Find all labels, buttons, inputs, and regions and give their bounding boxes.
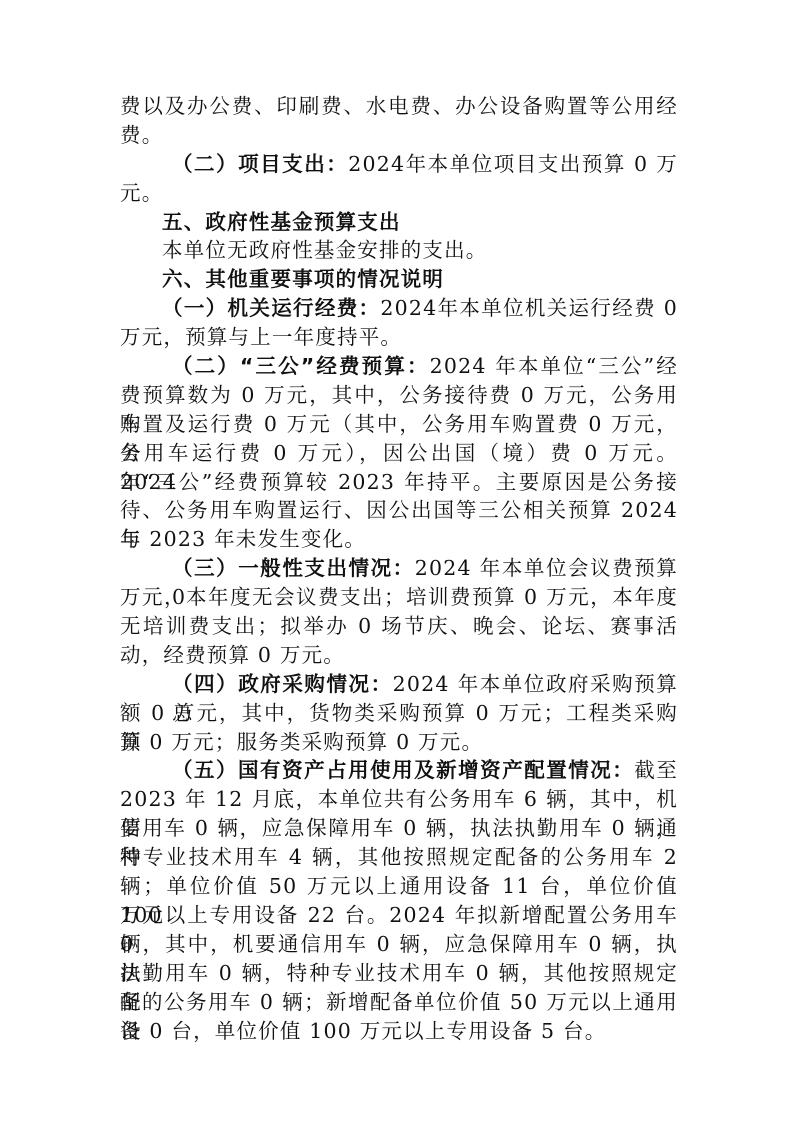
bold-lead-text: （三）一般性支出情况：: [172, 556, 415, 580]
paragraph-line: 费。: [120, 121, 678, 150]
paragraph-line: 万元，预算与上一年度持平。: [120, 323, 678, 352]
body-text: 无培训费支出；拟举办 0 场节庆、晚会、论坛、赛事活: [120, 614, 678, 638]
paragraph-line: 费以及办公费、印刷费、水电费、办公设备购置等公用经: [120, 92, 678, 121]
section-heading: 五、政府性基金预算支出: [120, 208, 678, 237]
paragraph-line: 待、公务用车购置运行、因公出国等三公相关预算 2024 年: [120, 496, 678, 525]
bold-lead-text: （二）“三公”经费预算：: [172, 354, 430, 378]
body-text: 算 0 万元；服务类采购预算 0 万元。: [120, 730, 483, 754]
paragraph-line: 万元以上专用设备 22 台。2024 年拟新增配置公务用车 0: [120, 901, 678, 930]
paragraph-line: 费预算数为 0 万元，其中，公务接待费 0 万元，公务用车: [120, 381, 678, 410]
paragraph-line: 信用车 0 辆，应急保障用车 0 辆，执法执勤用车 0 辆，特: [120, 814, 678, 843]
body-text: 万元，本年度无会议费支出；培训费预算 0 万元，本年度: [120, 585, 678, 609]
paragraph-line: 执勤用车 0 辆，特种专业技术用车 0 辆，其他按照规定配: [120, 959, 678, 988]
paragraph-line: 算 0 万元；服务类采购预算 0 万元。: [120, 728, 678, 757]
body-text: 备 0 台，单位价值 100 万元以上专用设备 5 台。: [120, 1019, 606, 1043]
paragraph-line: （三）一般性支出情况：2024 年本单位会议费预算 0: [120, 554, 678, 583]
body-text: 2024 年本单位“三公”经: [430, 354, 678, 378]
paragraph-line: （二）项目支出：2024年本单位项目支出预算 0 万: [120, 150, 678, 179]
paragraph-line: 备的公务用车 0 辆；新增配备单位价值 50 万元以上通用设: [120, 988, 678, 1017]
paragraph-line: 辆；单位价值 50 万元以上通用设备 11 台，单位价值 100: [120, 872, 678, 901]
body-text: 截至: [634, 758, 678, 782]
body-text: 2024年本单位机关运行经费 0: [380, 296, 678, 320]
body-text: 本单位无政府性基金安排的支出。: [162, 238, 488, 262]
body-text: 费。: [120, 123, 163, 147]
bold-lead-text: （五）国有资产占用使用及新增资产配置情况：: [172, 758, 634, 782]
body-text: 年“三公”经费预算较 2023 年持平。主要原因是公务接: [120, 470, 678, 494]
paragraph-line: 与 2023 年未发生变化。: [120, 525, 678, 554]
bold-lead-text: （二）项目支出：: [172, 152, 348, 176]
body-text: 费以及办公费、印刷费、水电费、办公设备购置等公用经: [120, 94, 678, 118]
paragraph-line: 万元，本年度无会议费支出；培训费预算 0 万元，本年度: [120, 583, 678, 612]
body-text: 种专业技术用车 4 辆，其他按照规定配备的公务用车 2: [120, 845, 678, 869]
section-heading: 六、其他重要事项的情况说明: [120, 265, 678, 294]
body-text: 元。: [120, 181, 163, 205]
document-page: 费以及办公费、印刷费、水电费、办公设备购置等公用经费。（二）项目支出：2024年…: [120, 92, 678, 1045]
paragraph-line: 年“三公”经费预算较 2023 年持平。主要原因是公务接: [120, 468, 678, 497]
bold-lead-text: 五、政府性基金预算支出: [162, 210, 401, 234]
paragraph-line: 额 0 万元，其中，货物类采购预算 0 万元；工程类采购预: [120, 699, 678, 728]
bold-lead-text: （四）政府采购情况：: [172, 672, 393, 696]
paragraph-line: （五）国有资产占用使用及新增资产配置情况：截至: [120, 756, 678, 785]
body-text: 2024年本单位项目支出预算 0 万: [348, 152, 678, 176]
paragraph-line: 2023 年 12 月底，本单位共有公务用车 6 辆，其中，机要通: [120, 785, 678, 814]
paragraph-line: 本单位无政府性基金安排的支出。: [120, 236, 678, 265]
body-text: 与 2023 年未发生变化。: [120, 527, 366, 551]
paragraph-line: 无培训费支出；拟举办 0 场节庆、晚会、论坛、赛事活: [120, 612, 678, 641]
body-text: 动，经费预算 0 万元。: [120, 643, 345, 667]
paragraph-line: 种专业技术用车 4 辆，其他按照规定配备的公务用车 2: [120, 843, 678, 872]
paragraph-line: （二）“三公”经费预算：2024 年本单位“三公”经: [120, 352, 678, 381]
paragraph-line: （四）政府采购情况：2024 年本单位政府采购预算总: [120, 670, 678, 699]
paragraph-line: 备 0 台，单位价值 100 万元以上专用设备 5 台。: [120, 1017, 678, 1046]
paragraph-line: 务用车运行费 0 万元），因公出国（境）费 0 万元。2024: [120, 439, 678, 468]
paragraph-line: 元。: [120, 179, 678, 208]
bold-lead-text: 六、其他重要事项的情况说明: [162, 267, 444, 291]
paragraph-line: 辆，其中，机要通信用车 0 辆，应急保障用车 0 辆，执法: [120, 930, 678, 959]
bold-lead-text: （一）机关运行经费：: [162, 296, 380, 320]
paragraph-line: 动，经费预算 0 万元。: [120, 641, 678, 670]
paragraph-line: （一）机关运行经费：2024年本单位机关运行经费 0: [120, 294, 678, 323]
body-text: 万元，预算与上一年度持平。: [120, 325, 402, 349]
paragraph-line: 购置及运行费 0 万元（其中，公务用车购置费 0 万元，公: [120, 410, 678, 439]
